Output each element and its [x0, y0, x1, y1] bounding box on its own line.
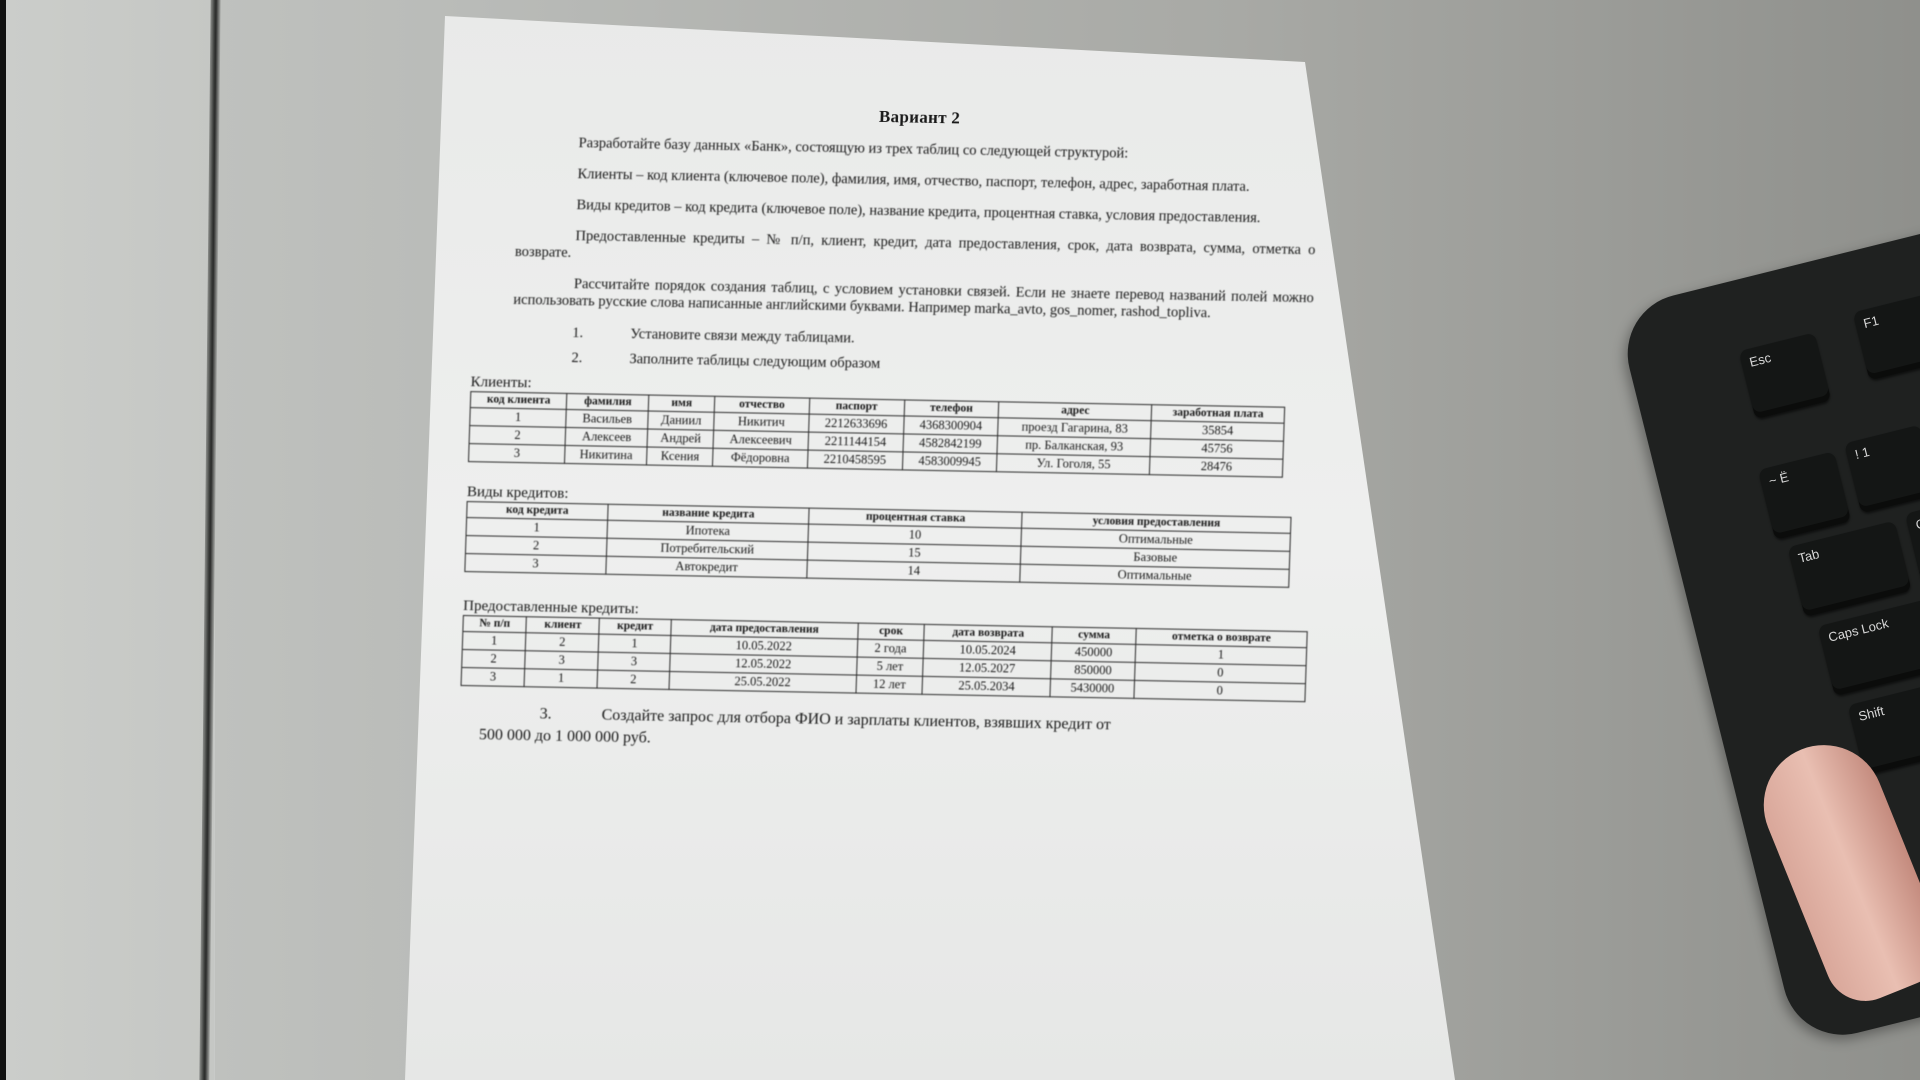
table-cell: 4583009945: [902, 452, 997, 472]
column-header: имя: [649, 395, 715, 412]
table-cell: Андрей: [647, 429, 713, 448]
column-header: срок: [858, 623, 925, 640]
table-cell: 14: [807, 560, 1021, 582]
table-cell: 2211144154: [808, 432, 903, 452]
table-cell: 25.05.2034: [922, 676, 1051, 696]
table-cell: 5 лет: [856, 657, 923, 676]
table-cell: Даниил: [648, 411, 714, 430]
structure-clients: Клиенты – код клиента (ключевое поле), ф…: [517, 165, 1317, 197]
task-number: 1.: [572, 324, 631, 344]
credit-types-table: код кредитаназвание кредитапроцентная ст…: [464, 501, 1291, 588]
table-cell: Алексеев: [565, 427, 648, 447]
document-content: Вариант 2 Разработайте базу данных «Банк…: [499, 100, 1320, 760]
table-cell: Алексеевич: [713, 430, 808, 450]
table-cell: 3: [598, 652, 670, 671]
table-cell: 2210458595: [807, 450, 902, 470]
key-q: Q: [1905, 495, 1920, 584]
table-cell: Никитич: [714, 412, 809, 432]
task-text: Установите связи между таблицами.: [630, 326, 855, 346]
table-cell: 2212633696: [808, 414, 903, 434]
key-tab: Tab: [1788, 521, 1912, 617]
table-cell: 850000: [1051, 661, 1135, 681]
column-header: код клиента: [470, 392, 567, 410]
table-cell: Автокредит: [606, 556, 808, 578]
table-cell: 25.05.2022: [669, 671, 857, 693]
table-cell: 2 года: [857, 639, 924, 658]
task-number: 2.: [571, 349, 630, 369]
table-cell: 2: [597, 670, 669, 689]
key-esc: Esc: [1739, 332, 1832, 419]
table-cell: 2: [469, 426, 566, 446]
table-cell: Ксения: [647, 447, 713, 466]
table-cell: 4368300904: [903, 416, 998, 436]
task-number: 3.: [539, 705, 602, 724]
task-text: Заполните таблицы следующим образом: [629, 351, 880, 372]
column-header: № п/п: [463, 616, 527, 633]
table-cell: 1: [462, 632, 526, 651]
column-header: сумма: [1052, 627, 1136, 645]
key-1: ! 1: [1844, 425, 1920, 514]
structure-credit-types: Виды кредитов – код кредита (ключевое по…: [516, 196, 1316, 228]
table-cell: Васильев: [566, 409, 649, 429]
table-cell: 2: [462, 649, 526, 668]
key-tilde: ~ Ё: [1758, 451, 1851, 540]
table-cell: 4582842199: [903, 434, 998, 454]
table-cell: 1: [524, 669, 598, 688]
credits-table: № п/пклиенткредитдата предоставлениясрок…: [461, 615, 1308, 702]
table-cell: 2: [525, 633, 599, 652]
table-cell: 1: [470, 408, 567, 428]
column-header: телефон: [904, 400, 999, 418]
table-cell: 12 лет: [856, 675, 923, 694]
table-cell: Ул. Гоголя, 55: [997, 454, 1151, 475]
table-cell: 450000: [1051, 643, 1135, 663]
table-cell: 28476: [1150, 457, 1283, 478]
column-header: клиент: [526, 617, 600, 634]
table-cell: 3: [465, 554, 606, 575]
column-header: паспорт: [809, 398, 904, 416]
table-cell: Оптимальные: [1020, 564, 1289, 587]
table-cell: 3: [525, 651, 599, 670]
table-cell: 1: [599, 634, 671, 653]
table-cell: Никитина: [565, 445, 648, 465]
table-cell: 0: [1134, 680, 1306, 701]
table-cell: 5430000: [1050, 679, 1134, 699]
column-header: фамилия: [567, 393, 650, 411]
key-f1: F1: [1853, 294, 1920, 381]
column-header: кредит: [599, 618, 671, 635]
structure-credits: Предоставленные кредиты – № п/п, клиент,…: [515, 227, 1316, 276]
table-cell: 3: [461, 667, 525, 686]
paper-sheet: Вариант 2 Разработайте базу данных «Банк…: [0, 0, 1920, 1080]
intro-paragraph: Разработайте базу данных «Банк», состоящ…: [518, 134, 1318, 166]
table-cell: Фёдоровна: [713, 448, 808, 468]
table-cell: 3: [468, 444, 565, 464]
note-paragraph: Рассчитайте порядок создания таблиц, с у…: [513, 275, 1314, 324]
column-header: отчество: [714, 396, 809, 414]
clients-table: код клиентафамилияимяотчествопаспорттеле…: [468, 391, 1285, 478]
